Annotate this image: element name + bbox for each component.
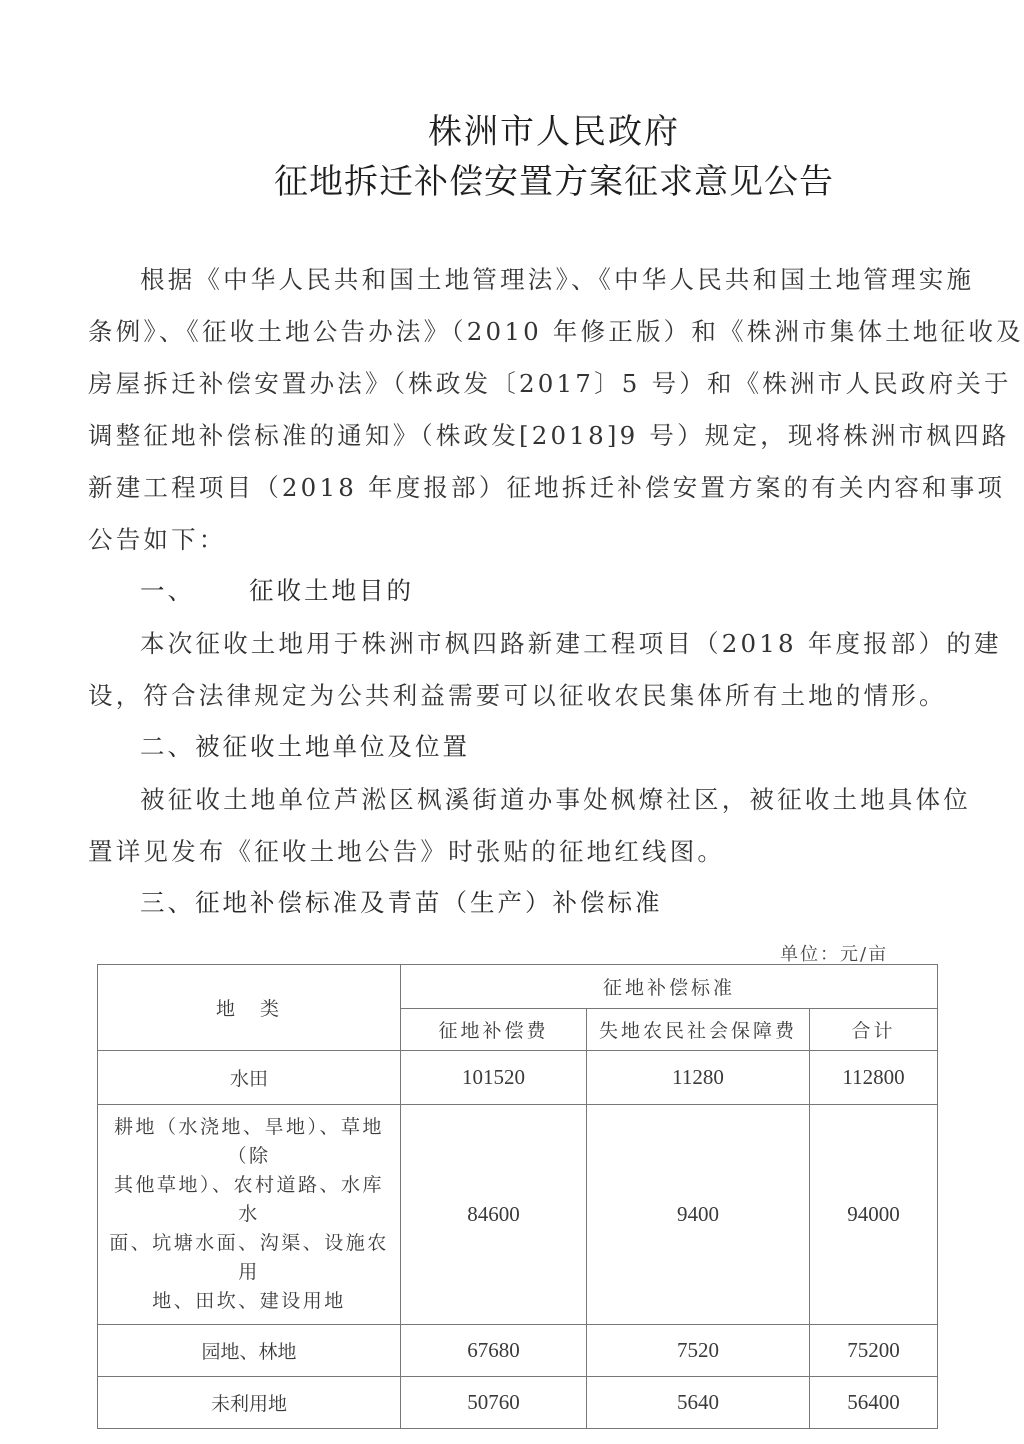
cell-compensation: 50760 (401, 1377, 587, 1429)
section1-line: 本次征收土地用于株洲市枫四路新建工程项目（2018 年度报部）的建 (88, 618, 974, 670)
header-total: 合计 (810, 1009, 938, 1051)
table-row: 水田 101520 11280 112800 (98, 1051, 938, 1105)
landtype-line: 耕地（水浇地、旱地）、草地（除 (104, 1113, 394, 1171)
intro-paragraph: 根据《中华人民共和国土地管理法》、《中华人民共和国土地管理实施 条例》、《征收土… (88, 254, 974, 566)
table-unit-label: 单位：元/亩 (780, 940, 888, 966)
landtype-line: 面、坑塘水面、沟渠、设施农用 (104, 1229, 394, 1287)
intro-line: 条例》、《征收土地公告办法》（2010 年修正版）和《株洲市集体土地征收及 (88, 306, 974, 358)
section1-line: 设，符合法律规定为公共利益需要可以征收农民集体所有土地的情形。 (88, 670, 974, 722)
cell-total: 56400 (810, 1377, 938, 1429)
intro-line: 房屋拆迁补偿安置办法》（株政发〔2017〕5 号）和《株洲市人民政府关于 (88, 358, 974, 410)
section2-paragraph: 被征收土地单位芦淞区枫溪街道办事处枫燎社区，被征收土地具体位 置详见发布《征收土… (88, 774, 974, 878)
cell-social-security: 11280 (587, 1051, 810, 1105)
cell-social-security: 9400 (587, 1105, 810, 1325)
landtype-line: 地、田坎、建设用地 (104, 1287, 394, 1316)
section2-line: 被征收土地单位芦淞区枫溪街道办事处枫燎社区，被征收土地具体位 (88, 774, 974, 826)
section1-paragraph: 本次征收土地用于株洲市枫四路新建工程项目（2018 年度报部）的建 设，符合法律… (88, 618, 974, 722)
cell-compensation: 67680 (401, 1325, 587, 1377)
cell-landtype: 园地、林地 (98, 1325, 401, 1377)
table-row: 耕地（水浇地、旱地）、草地（除 其他草地）、农村道路、水库水 面、坑塘水面、沟渠… (98, 1105, 938, 1325)
cell-social-security: 5640 (587, 1377, 810, 1429)
cell-landtype: 耕地（水浇地、旱地）、草地（除 其他草地）、农村道路、水库水 面、坑塘水面、沟渠… (98, 1105, 401, 1325)
table-row: 未利用地 50760 5640 56400 (98, 1377, 938, 1429)
section2-heading: 二、被征收土地单位及位置 (140, 728, 470, 763)
landtype-line: 其他草地）、农村道路、水库水 (104, 1171, 394, 1229)
section1-heading: 一、征收土地目的 (140, 572, 414, 607)
section3-heading: 三、征地补偿标准及青苗（生产）补偿标准 (140, 884, 663, 919)
cell-total: 75200 (810, 1325, 938, 1377)
cell-landtype: 水田 (98, 1051, 401, 1105)
table-header-row: 地 类 征地补偿标准 (98, 965, 938, 1009)
cell-compensation: 84600 (401, 1105, 587, 1325)
header-landtype: 地 类 (98, 965, 401, 1051)
section2-line: 置详见发布《征收土地公告》时张贴的征地红线图。 (88, 826, 974, 878)
intro-line: 公告如下： (88, 514, 974, 566)
header-social-security: 失地农民社会保障费 (587, 1009, 810, 1051)
cell-compensation: 101520 (401, 1051, 587, 1105)
header-group: 征地补偿标准 (401, 965, 938, 1009)
cell-total: 112800 (810, 1051, 938, 1105)
section1-title: 征收土地目的 (249, 576, 414, 605)
intro-line: 新建工程项目（2018 年度报部）征地拆迁补偿安置方案的有关内容和事项 (88, 462, 974, 514)
cell-social-security: 7520 (587, 1325, 810, 1377)
compensation-table: 地 类 征地补偿标准 征地补偿费 失地农民社会保障费 合计 水田 101520 … (97, 964, 938, 1429)
intro-line: 根据《中华人民共和国土地管理法》、《中华人民共和国土地管理实施 (88, 254, 974, 306)
document-title-line2: 征地拆迁补偿安置方案征求意见公告 (42, 154, 1024, 203)
cell-landtype: 未利用地 (98, 1377, 401, 1429)
intro-line: 调整征地补偿标准的通知》（株政发[2018]9 号）规定，现将株洲市枫四路 (88, 410, 974, 462)
header-compensation: 征地补偿费 (401, 1009, 587, 1051)
cell-total: 94000 (810, 1105, 938, 1325)
table-row: 园地、林地 67680 7520 75200 (98, 1325, 938, 1377)
document-title-line1: 株洲市人民政府 (42, 104, 1024, 153)
section1-number: 一、 (140, 576, 195, 605)
